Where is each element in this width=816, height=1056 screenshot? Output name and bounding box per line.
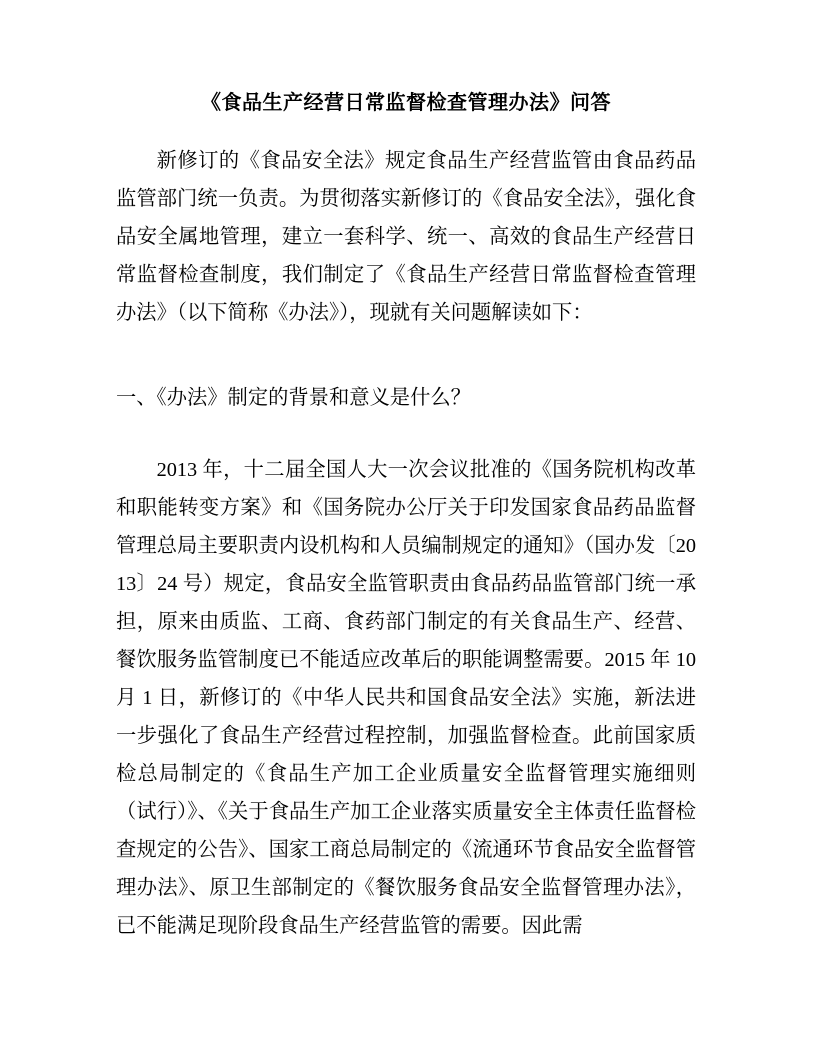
- section-1-heading: 一、《办法》制定的背景和意义是什么？: [116, 379, 696, 417]
- intro-paragraph: 新修订的《食品安全法》规定食品生产经营监管由食品药品监管部门统一负责。为贯彻落实…: [116, 142, 696, 332]
- section-1-body-paragraph: 2013 年，十二届全国人大一次会议批准的《国务院机构改革和职能转变方案》和《国…: [116, 451, 696, 945]
- document-title: 《食品生产经营日常监督检查管理办法》问答: [116, 84, 696, 122]
- document-page: 《食品生产经营日常监督检查管理办法》问答 新修订的《食品安全法》规定食品生产经营…: [0, 0, 816, 1056]
